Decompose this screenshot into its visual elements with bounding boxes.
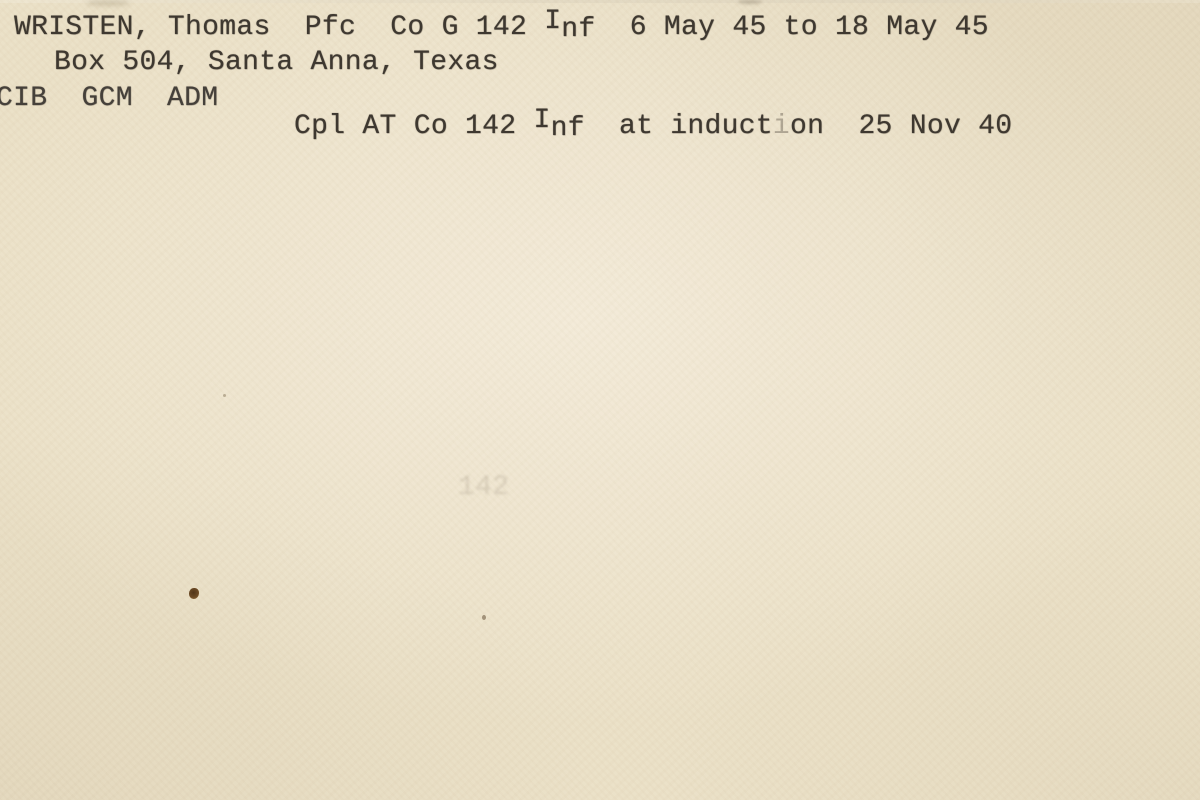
ghost-bleed-text: 142 <box>458 474 509 502</box>
text-address: Box 504, Santa Anna, Texas <box>54 47 499 78</box>
paper-fleck <box>482 615 486 620</box>
scanned-index-card: WRISTEN, Thomas Pfc Co G 142 Inf 6 May 4… <box>0 0 1200 800</box>
scan-top-edge <box>0 0 1200 3</box>
text-prior-rank-unit: Cpl AT Co 142 <box>294 111 533 142</box>
text-induction-date: on 25 Nov 40 <box>790 111 1012 142</box>
paper-fleck <box>223 394 226 397</box>
text-inf-suffix: nf <box>561 16 595 44</box>
edge-smudge <box>86 0 130 6</box>
text-superscript-i: I <box>544 8 561 36</box>
text-awards: CIB GCM ADM <box>0 83 218 114</box>
text-superscript-i: I <box>533 107 550 135</box>
text-inf-suffix: nf <box>551 115 585 143</box>
line-awards: CIB GCM ADM <box>0 85 218 113</box>
text-faint-letter: i <box>773 111 790 142</box>
ink-speck <box>189 588 199 599</box>
line-rank-at-induction: Cpl AT Co 142 Inf at induction 25 Nov 40 <box>294 113 1012 141</box>
edge-smudge <box>738 0 762 4</box>
text-at-induction: at induct <box>585 111 773 142</box>
text-name-rank-unit: WRISTEN, Thomas Pfc Co G 142 <box>14 12 544 43</box>
text-service-dates: 6 May 45 to 18 May 45 <box>596 12 989 43</box>
line-address: Box 504, Santa Anna, Texas <box>54 49 499 77</box>
line-name-rank-unit-dates: WRISTEN, Thomas Pfc Co G 142 Inf 6 May 4… <box>14 14 989 42</box>
